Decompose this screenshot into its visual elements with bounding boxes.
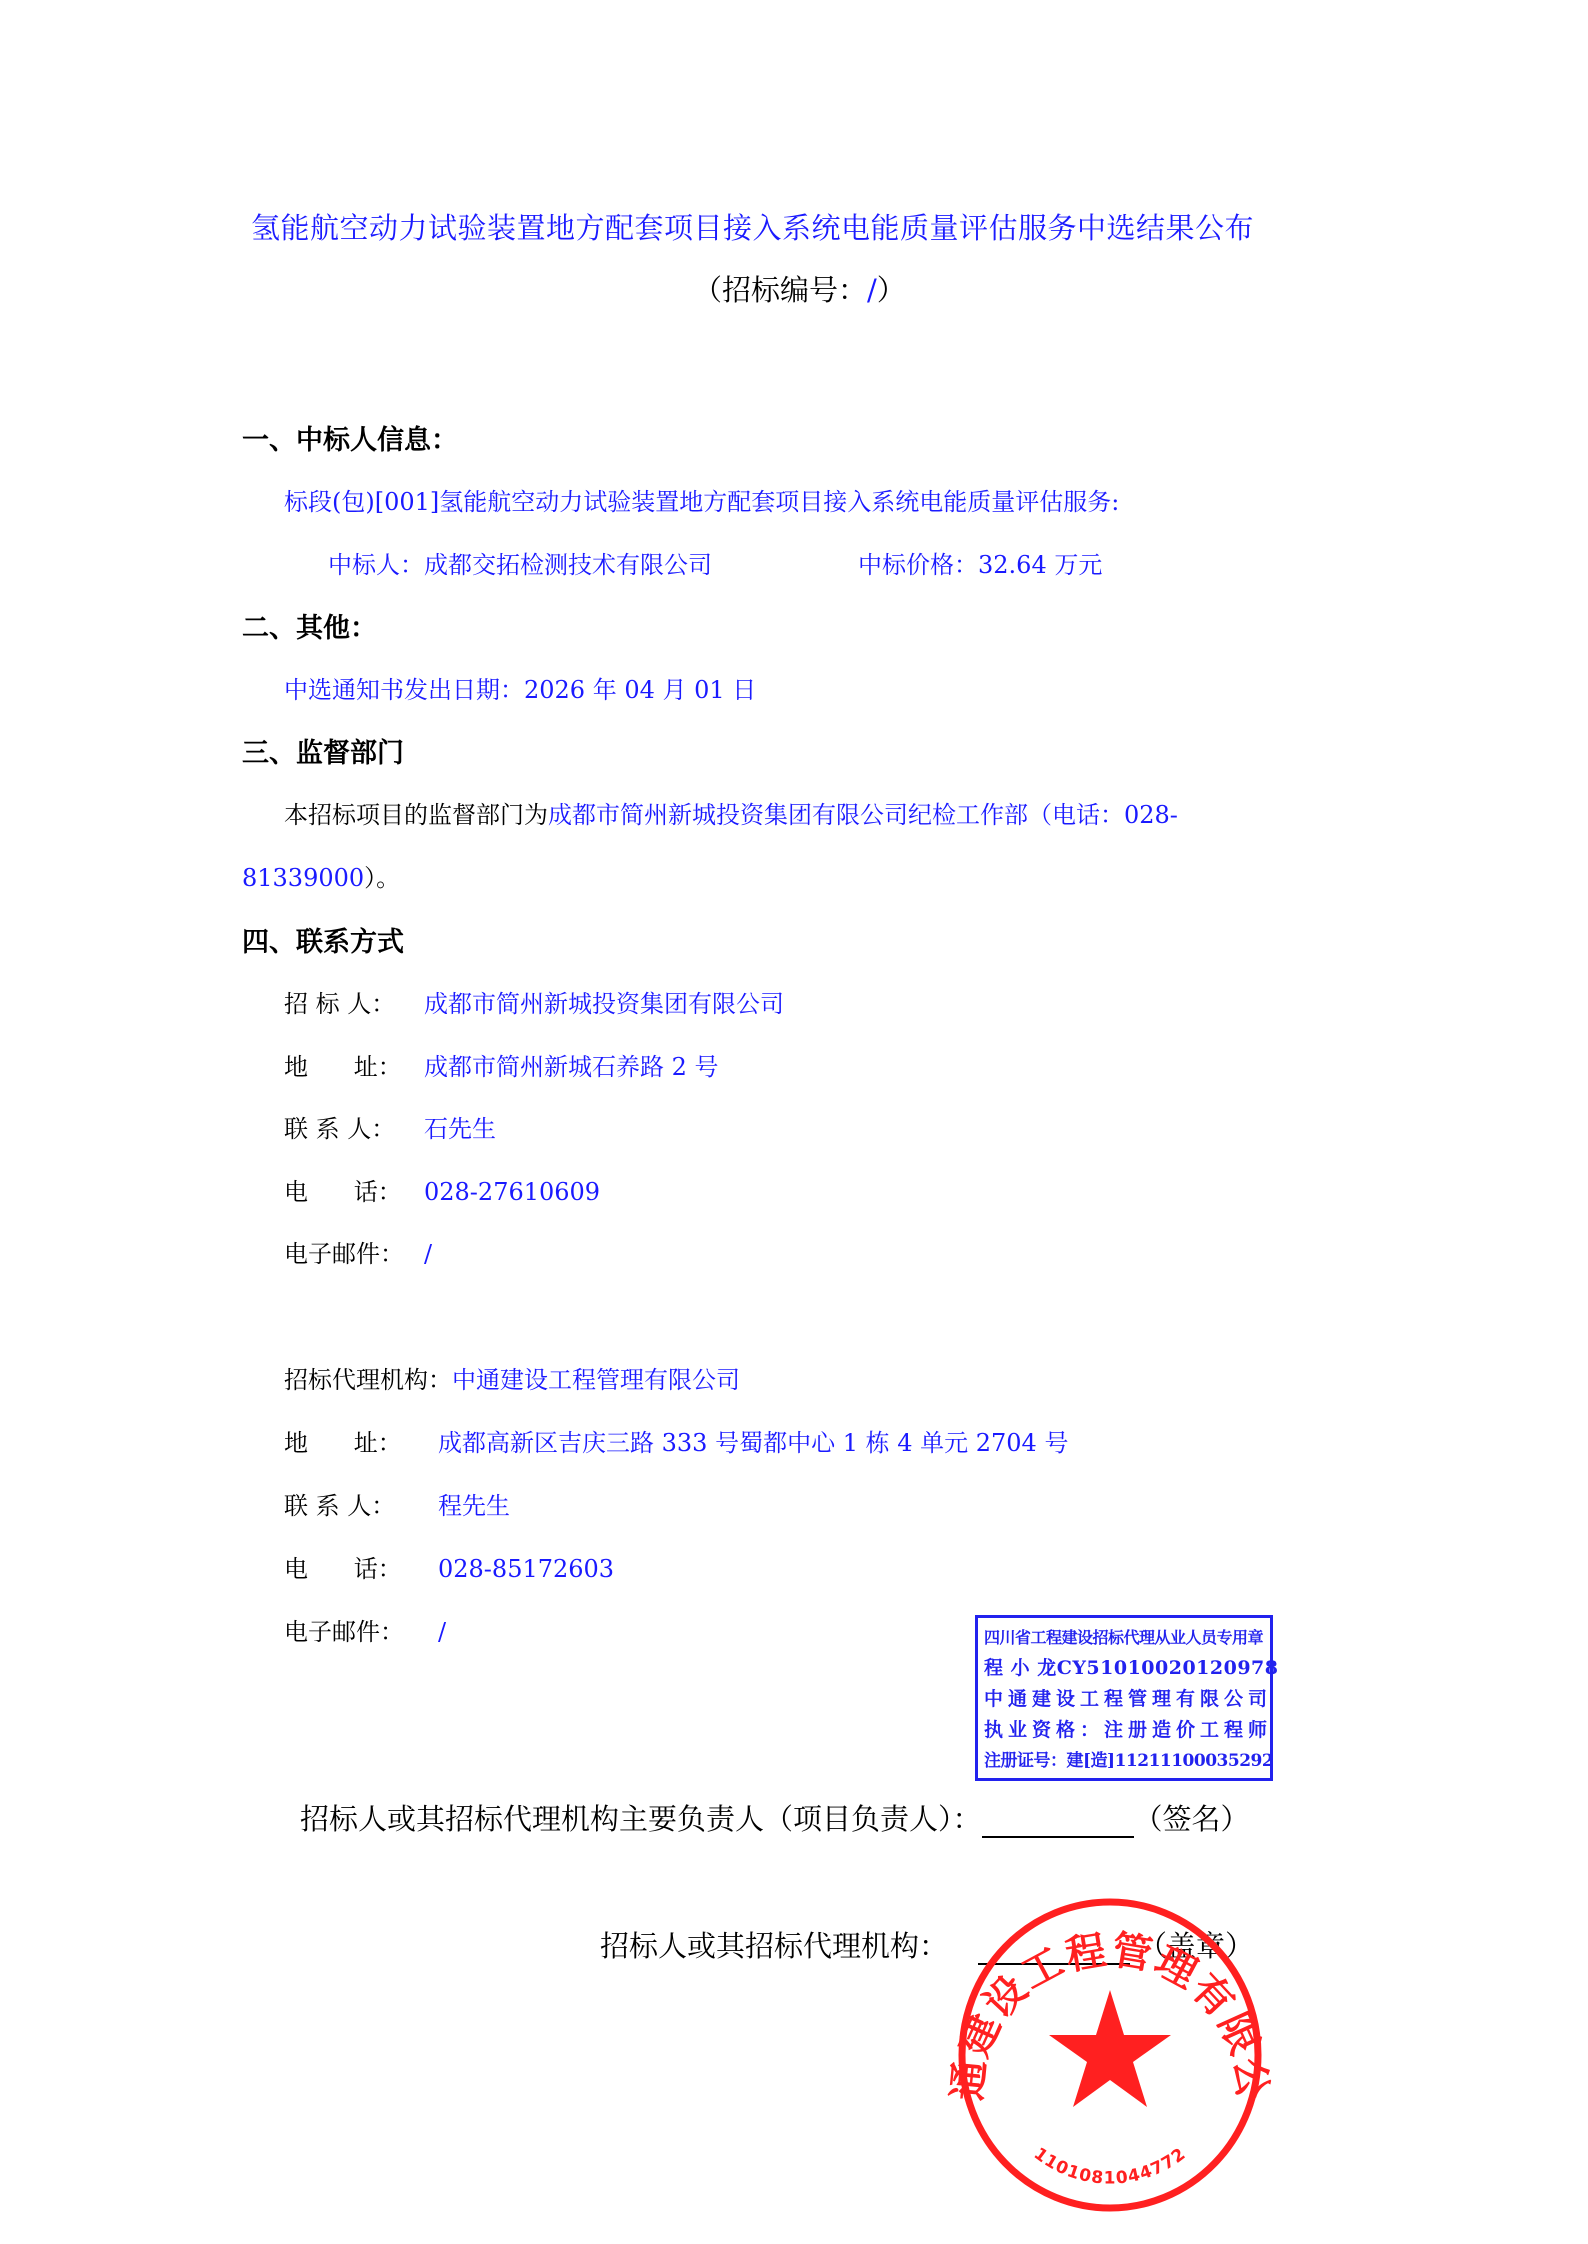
tenderer-address-value: 成都市简州新城石养路 2 号 bbox=[424, 1053, 719, 1081]
agency-phone-label: 电 话： bbox=[284, 1549, 438, 1584]
stamp-line-4: 执业资格：注册造价工程师 bbox=[984, 1715, 1264, 1746]
agency-contact-row: 联 系 人：程先生 bbox=[284, 1486, 510, 1521]
notice-date-label: 中选通知书发出日期： bbox=[284, 676, 524, 704]
stamp-line-5: 注册证号：建[造]11211100035292 bbox=[984, 1746, 1264, 1777]
section-heading-other: 二、其他： bbox=[242, 606, 377, 645]
tenderer-phone-value: 028-27610609 bbox=[424, 1178, 600, 1206]
agency-contact-value: 程先生 bbox=[438, 1492, 510, 1520]
agency-name-label: 招标代理机构： bbox=[284, 1366, 452, 1394]
section-heading-contact: 四、联系方式 bbox=[242, 920, 404, 959]
stamp-line-2: 程 小 龙CY51010020120978 bbox=[984, 1653, 1264, 1684]
tender-number-close: ） bbox=[877, 273, 906, 307]
document-title: 氢能航空动力试验装置地方配套项目接入系统电能质量评估服务中选结果公布 bbox=[251, 206, 1254, 247]
tenderer-email-value: / bbox=[424, 1240, 432, 1268]
tender-number-value: / bbox=[867, 273, 877, 307]
supervision-text-cont: 81339000）。 bbox=[242, 858, 400, 893]
price-line: 中标价格：32.64 万元 bbox=[858, 545, 1102, 580]
agency-email-row: 电子邮件：/ bbox=[284, 1612, 446, 1647]
agency-name-row: 招标代理机构：中通建设工程管理有限公司 bbox=[284, 1360, 740, 1395]
price-value: 32.64 万元 bbox=[978, 551, 1102, 579]
tenderer-name-row: 招 标 人：成都市简州新城投资集团有限公司 bbox=[284, 984, 784, 1019]
agency-phone-value: 028-85172603 bbox=[438, 1555, 614, 1583]
price-label: 中标价格： bbox=[858, 551, 978, 579]
notice-date-value: 2026 年 04 月 01 日 bbox=[524, 676, 756, 704]
tenderer-email-row: 电子邮件：/ bbox=[284, 1234, 432, 1269]
agency-address-value: 成都高新区吉庆三路 333 号蜀都中心 1 栋 4 单元 2704 号 bbox=[438, 1429, 1068, 1457]
signature-row: 招标人或其招标代理机构主要负责人（项目负责人）：（签名） bbox=[300, 1797, 1250, 1838]
agency-address-label: 地 址： bbox=[284, 1423, 438, 1458]
stamp-line-3: 中通建设工程管理有限公司 bbox=[984, 1684, 1264, 1715]
tenderer-phone-row: 电 话：028-27610609 bbox=[284, 1172, 600, 1207]
winner-label: 中标人： bbox=[328, 551, 424, 579]
tender-number: （招标编号：/） bbox=[693, 268, 906, 309]
tenderer-contact-value: 石先生 bbox=[424, 1115, 496, 1143]
agency-contact-label: 联 系 人： bbox=[284, 1486, 438, 1521]
seal-label: 招标人或其招标代理机构： bbox=[600, 1929, 948, 1963]
section-heading-winner: 一、中标人信息： bbox=[242, 418, 458, 457]
tenderer-contact-row: 联 系 人：石先生 bbox=[284, 1109, 496, 1144]
notice-date-line: 中选通知书发出日期：2026 年 04 月 01 日 bbox=[284, 670, 756, 705]
stamp-line-1: 四川省工程建设招标代理从业人员专用章 bbox=[984, 1622, 1264, 1653]
star-icon bbox=[1049, 1990, 1171, 2107]
seal-code-text: 1101081044772 bbox=[1030, 2144, 1190, 2189]
winner-line: 中标人：成都交拓检测技术有限公司 bbox=[328, 545, 712, 580]
section-heading-supervision: 三、监督部门 bbox=[242, 731, 404, 770]
supervision-dept: 成都市简州新城投资集团有限公司纪检工作部（电话：028- bbox=[548, 801, 1178, 829]
agency-name-value: 中通建设工程管理有限公司 bbox=[452, 1366, 740, 1394]
supervision-phone-cont: 81339000 bbox=[242, 864, 364, 892]
supervision-text: 本招标项目的监督部门为成都市简州新城投资集团有限公司纪检工作部（电话：028- bbox=[284, 795, 1178, 830]
supervision-prefix: 本招标项目的监督部门为 bbox=[284, 801, 548, 829]
signature-suffix: （签名） bbox=[1134, 1802, 1250, 1836]
tender-number-label: （招标编号： bbox=[693, 273, 867, 307]
agency-email-value: / bbox=[438, 1618, 446, 1646]
tenderer-address-label: 地 址： bbox=[284, 1047, 424, 1082]
lot-line: 标段(包)[001]氢能航空动力试验装置地方配套项目接入系统电能质量评估服务: bbox=[284, 482, 1119, 517]
tenderer-name-label: 招 标 人： bbox=[284, 984, 424, 1019]
tenderer-address-row: 地 址：成都市简州新城石养路 2 号 bbox=[284, 1047, 719, 1082]
supervision-suffix: ）。 bbox=[364, 864, 400, 892]
signature-field[interactable] bbox=[982, 1808, 1134, 1838]
tenderer-contact-label: 联 系 人： bbox=[284, 1109, 424, 1144]
agency-address-row: 地 址：成都高新区吉庆三路 333 号蜀都中心 1 栋 4 单元 2704 号 bbox=[284, 1423, 1068, 1458]
practitioner-stamp: 四川省工程建设招标代理从业人员专用章 程 小 龙CY51010020120978… bbox=[975, 1615, 1273, 1781]
company-seal: 中通建设工程管理有限公司 1101081044772 bbox=[940, 1890, 1280, 2220]
tenderer-name-value: 成都市简州新城投资集团有限公司 bbox=[424, 990, 784, 1018]
tenderer-email-label: 电子邮件： bbox=[284, 1234, 424, 1269]
signature-label: 招标人或其招标代理机构主要负责人（项目负责人）： bbox=[300, 1802, 982, 1836]
tenderer-phone-label: 电 话： bbox=[284, 1172, 424, 1207]
agency-phone-row: 电 话：028-85172603 bbox=[284, 1549, 614, 1584]
winner-value: 成都交拓检测技术有限公司 bbox=[424, 551, 712, 579]
agency-email-label: 电子邮件： bbox=[284, 1612, 438, 1647]
